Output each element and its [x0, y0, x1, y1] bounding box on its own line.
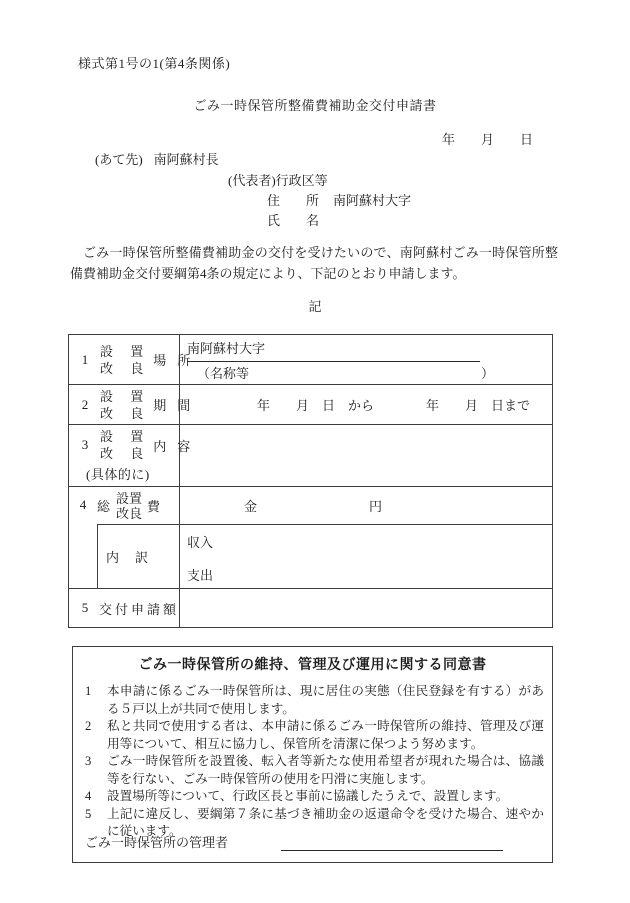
row4-label-suffix: 費 [147, 496, 160, 515]
row3-label-bottom: 改 良 [100, 445, 150, 462]
agreement-box: ごみ一時保管所の維持、管理及び運用に関する同意書 1 本申請に係るごみ一時保管所… [72, 646, 553, 863]
agreement-item-text: ごみ一時保管所を設置後、転入者等新たな使用希望者が現れた場合は、協議等を行ない、… [107, 753, 544, 788]
agreement-item: 3 ごみ一時保管所を設置後、転入者等新たな使用希望者が現れた場合は、協議等を行な… [85, 753, 544, 788]
form-number: 様式第1号の1(第4条関係) [78, 53, 230, 72]
row1-label-bottom: 改 良 [100, 360, 150, 377]
name-note-close: ） [481, 363, 494, 382]
agreement-item-number: 1 [85, 683, 107, 718]
row4-breakdown-subrow: 内訳 収入 支出 [97, 524, 552, 588]
row2-label-bottom: 改 良 [100, 405, 150, 422]
row4-label-top: 設置 [116, 491, 142, 506]
row4-total-subrow: 総 設置 改良 費 金 円 [97, 487, 552, 524]
row3-label-top: 設 置 [100, 428, 150, 445]
body-paragraph: ごみ一時保管所整備費補助金の交付を受けたいので、南阿蘇村ごみ一時保管所整備費補助… [70, 242, 558, 284]
addressee-row: (あて先) 南阿蘇村長 [95, 149, 219, 168]
table-row-content: 3 設 置 改 良 内容 (具体的に) [69, 425, 552, 487]
address-value: 南阿蘇村大字 [333, 190, 411, 209]
representative-line: (代表者)行政区等 [228, 170, 328, 189]
row3-label: 3 設 置 改 良 内容 (具体的に) [69, 425, 179, 486]
manager-label: ごみ一時保管所の管理者 [85, 832, 228, 851]
manager-row: ごみ一時保管所の管理者 [85, 832, 503, 851]
row2-number: 2 [78, 397, 92, 413]
breakdown-expense-label: 支出 [187, 565, 552, 584]
row2-label-top: 設 置 [100, 388, 150, 405]
name-label: 氏 名 [267, 210, 319, 229]
manager-signature-line [281, 836, 503, 851]
row4-total-label: 総 設置 改良 費 [97, 487, 179, 524]
row3-content [179, 425, 552, 486]
row5-number: 5 [78, 600, 92, 616]
document-page: 様式第1号の1(第4条関係) ごみ一時保管所整備費補助金交付申請書 年 月 日 … [0, 0, 630, 903]
agreement-item: 4 設置場所等について、行政区長と事前に協議したうえで、設置します。 [85, 788, 544, 806]
agreement-title: ごみ一時保管所の維持、管理及び運用に関する同意書 [73, 654, 552, 674]
row3-label-note: (具体的に) [86, 464, 150, 483]
place-fill-line: 南阿蘇村大字 [187, 339, 480, 362]
document-title: ごみ一時保管所整備費補助金交付申請書 [0, 95, 630, 114]
address-label: 住 所 [267, 190, 319, 209]
row5-label: 交付申請額 [99, 599, 179, 618]
row5-content [179, 589, 552, 627]
row4-amount-cell: 金 円 [179, 487, 552, 524]
row4-right-block: 総 設置 改良 費 金 円 内訳 [97, 487, 552, 588]
table-row-request-amount: 5 交付申請額 [69, 589, 552, 627]
row3-label-top-row: 3 設 置 改 良 内容 [69, 428, 179, 462]
breakdown-income-label: 収入 [187, 532, 552, 551]
breakdown-content: 収入 支出 [179, 525, 552, 588]
agreement-item-number: 3 [85, 753, 107, 788]
addressee-label: (あて先) [95, 149, 143, 168]
breakdown-label: 内訳 [97, 525, 179, 588]
agreement-item-text: 設置場所等について、行政区長と事前に協議したうえで、設置します。 [107, 788, 544, 806]
table-row-place: 1 設 置 改 良 場所 南阿蘇村大字 （名称等 ） [69, 335, 552, 385]
table-row-cost: 4 総 設置 改良 費 金 円 [69, 487, 552, 589]
place-name-note: （名称等 ） [197, 363, 494, 382]
table-row-period: 2 設 置 改 良 期間 年 月 日 から 年 月 日まで [69, 385, 552, 425]
row1-number: 1 [78, 352, 92, 368]
application-table: 1 設 置 改 良 場所 南阿蘇村大字 （名称等 ） 2 設 置 [68, 334, 553, 628]
name-note-open: （名称等 [197, 363, 249, 382]
addressee-name: 南阿蘇村長 [154, 149, 219, 168]
agreement-item-number: 4 [85, 788, 107, 806]
record-mark: 記 [0, 296, 630, 315]
row2-label-stack: 設 置 改 良 [100, 388, 150, 422]
row1-label-stack: 設 置 改 良 [100, 343, 150, 377]
date-blank-line: 年 月 日 [442, 129, 533, 148]
period-blank-line: 年 月 日 から 年 月 日まで [257, 395, 530, 414]
amount-prefix: 金 [244, 496, 257, 515]
agreement-item: 2 私と共同で使用する者は、本申請に係るごみ一時保管所の維持、管理及び運用等につ… [85, 718, 544, 753]
row4-label-bottom: 改良 [116, 506, 142, 521]
row4-label-prefix: 総 [97, 496, 110, 515]
address-row: 住 所 南阿蘇村大字 [267, 190, 411, 209]
agreement-item-text: 私と共同で使用する者は、本申請に係るごみ一時保管所の維持、管理及び運用等について… [107, 718, 544, 753]
row5-label-cell: 5 交付申請額 [69, 589, 179, 627]
agreement-item-text: 本申請に係るごみ一時保管所は、現に居住の実態（住民登録を有する）がある５戸以上が… [107, 683, 544, 718]
agreement-items: 1 本申請に係るごみ一時保管所は、現に居住の実態（住民登録を有する）がある５戸以… [85, 683, 544, 841]
name-row: 氏 名 [267, 210, 319, 229]
row1-label-top: 設 置 [100, 343, 150, 360]
row1-label: 1 設 置 改 良 場所 [69, 335, 179, 384]
row2-label: 2 設 置 改 良 期間 [69, 385, 179, 424]
amount-suffix: 円 [369, 496, 382, 515]
row2-content: 年 月 日 から 年 月 日まで [179, 385, 552, 424]
row1-content: 南阿蘇村大字 （名称等 ） [179, 335, 552, 384]
row4-number: 4 [69, 487, 97, 588]
agreement-item: 1 本申請に係るごみ一時保管所は、現に居住の実態（住民登録を有する）がある５戸以… [85, 683, 544, 718]
row3-label-stack: 設 置 改 良 [100, 428, 150, 462]
agreement-item-number: 2 [85, 718, 107, 753]
row4-label-stack: 設置 改良 [116, 491, 142, 521]
row3-number: 3 [78, 437, 92, 453]
